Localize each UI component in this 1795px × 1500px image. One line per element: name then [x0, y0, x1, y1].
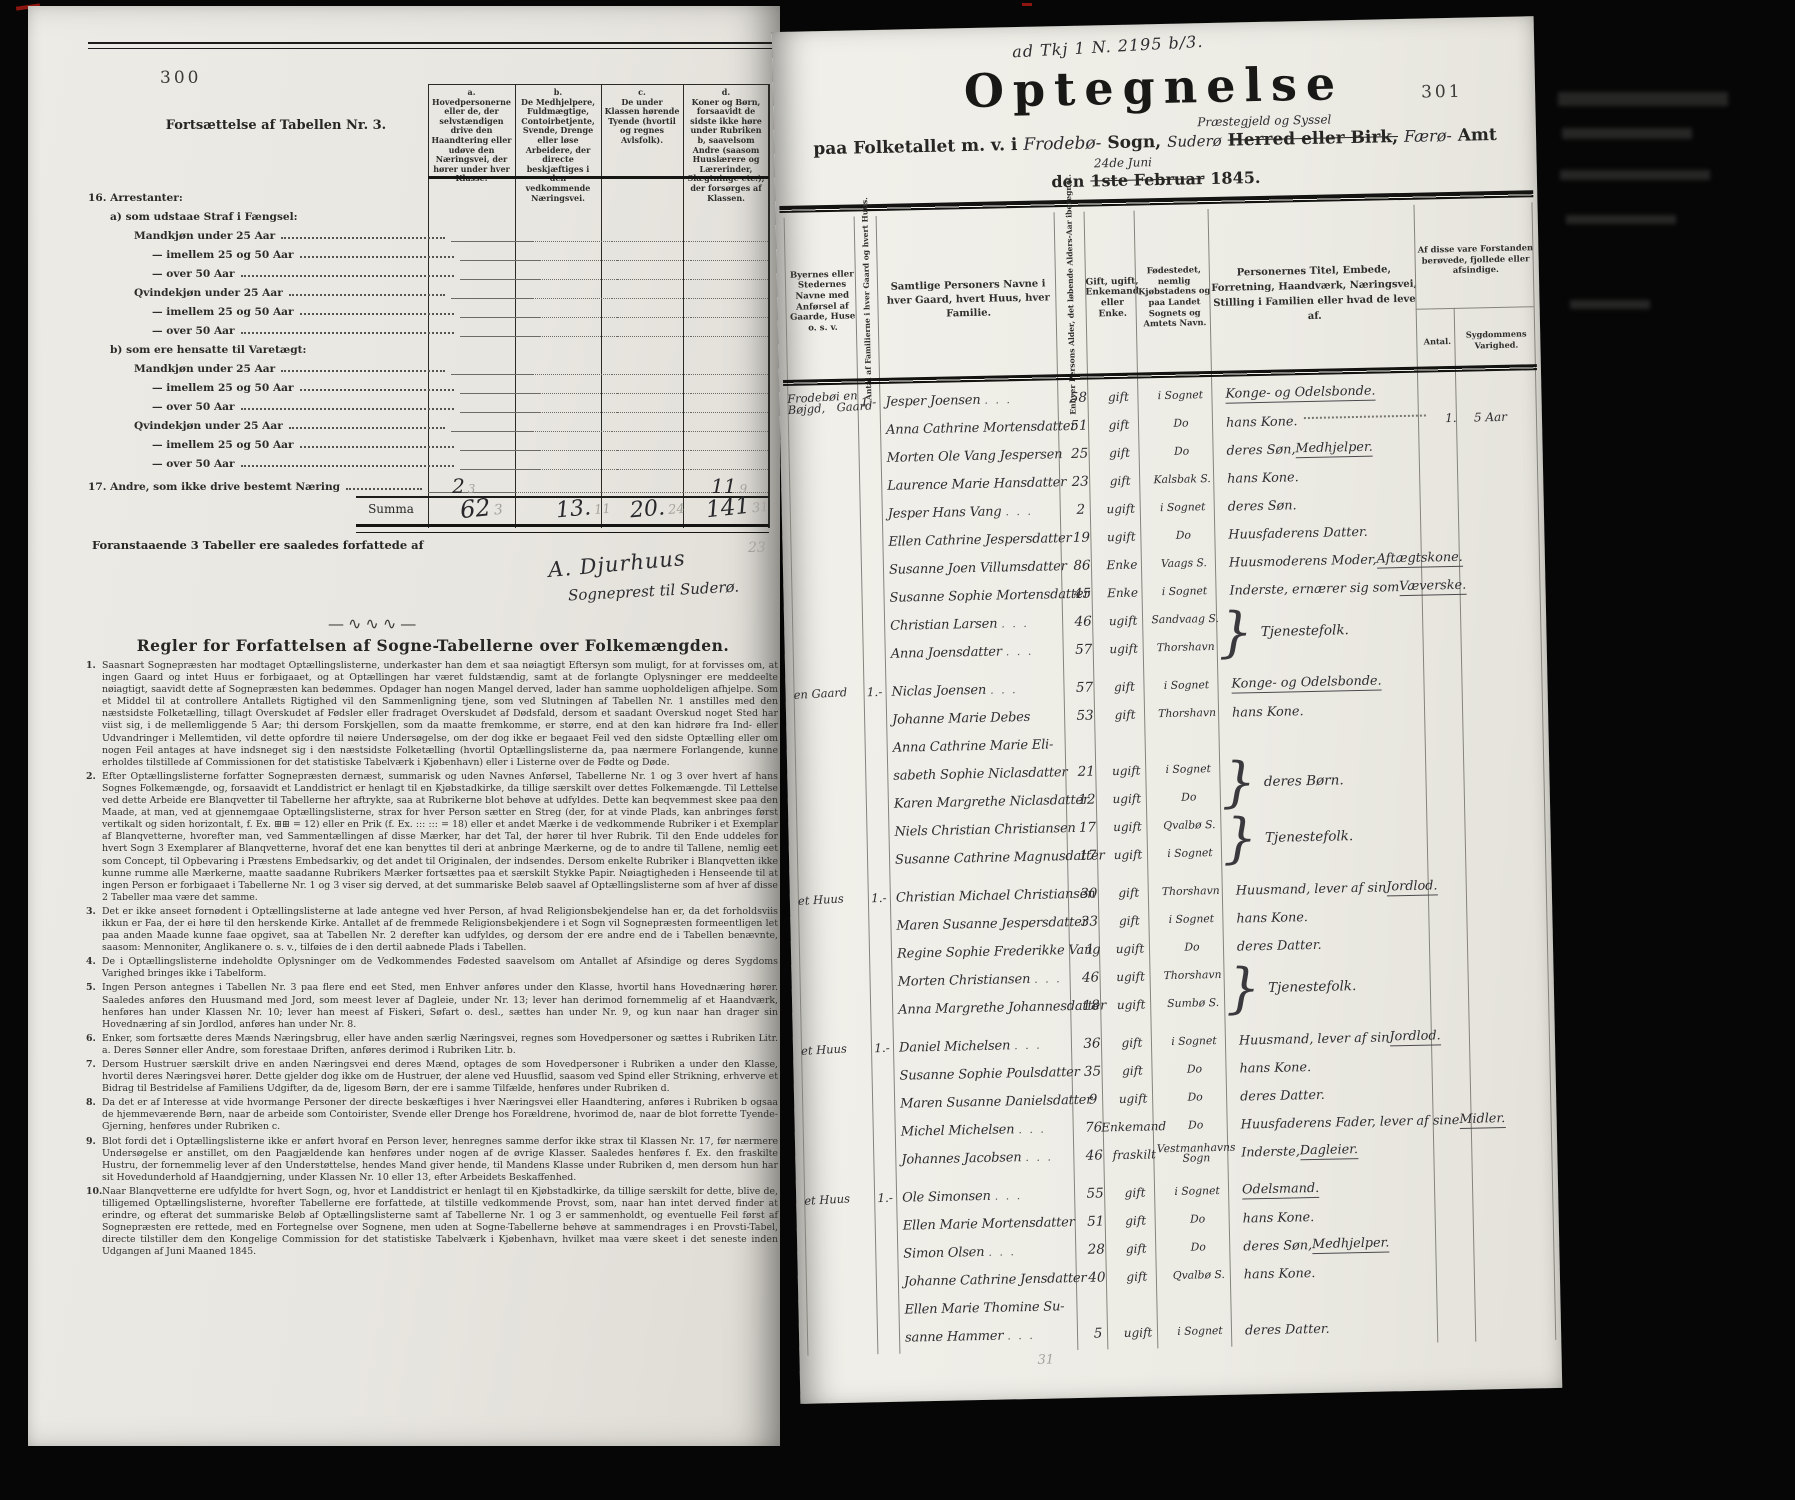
place-cell — [790, 555, 861, 587]
occupation-cell: deres Søn, Medhjelper. — [1235, 1228, 1450, 1260]
left-table-row: Mandkjøn under 25 Aar — [88, 223, 768, 242]
occupation-text-underlined: Jordlod. — [1386, 878, 1438, 896]
families-count-cell — [861, 584, 884, 612]
occupation-text: Inderste, — [1241, 1144, 1300, 1160]
insane-duration-cell — [1474, 598, 1559, 628]
families-count-cell — [858, 416, 881, 444]
rule-item: 9.Blot fordi det i Optællingslisterne ik… — [86, 1136, 778, 1184]
insane-duration-cell — [1471, 486, 1556, 516]
dot-leader — [241, 332, 454, 334]
insane-count-cell — [1451, 1311, 1490, 1340]
birthplace-cell: Do — [1144, 409, 1219, 439]
insane-count-cell — [1433, 488, 1472, 517]
dot-leader — [300, 446, 454, 448]
age-cell — [1082, 1291, 1113, 1320]
col-occupation-header: Personernes Titel, Embede, Forretning, H… — [1208, 233, 1420, 355]
birthplace-cell: Vaags S. — [1147, 549, 1222, 579]
occupation-cell: Konge- og Odelsbonde. — [1223, 666, 1438, 698]
district-name-handwritten: Suderø — [1167, 132, 1222, 151]
rule-text: Enker, som fortsætte deres Mænds Nærings… — [102, 1033, 778, 1056]
place-cell — [788, 443, 859, 475]
age-cell: 58 — [1063, 383, 1094, 412]
families-count-cell — [866, 790, 889, 818]
rule-number: 9. — [86, 1136, 96, 1148]
marital-status-cell: gift — [1111, 1234, 1162, 1263]
families-count-cell — [876, 1296, 899, 1324]
marital-status-cell: gift — [1100, 700, 1151, 729]
occupation-text-underlined: Odelsmand. — [1242, 1180, 1320, 1199]
marital-status-cell — [1100, 728, 1151, 757]
rule-item: 10.Naar Blanqvetterne ere udfyldte for h… — [86, 1186, 778, 1259]
occupation-cell — [1236, 1284, 1451, 1316]
marital-status-cell: gift — [1107, 1028, 1158, 1057]
occupation-text: hans Kone. — [1243, 1210, 1315, 1226]
families-count-cell — [867, 846, 890, 874]
dot-leader — [241, 465, 454, 467]
families-count-cell — [876, 1268, 899, 1296]
value-cell — [460, 242, 539, 261]
name-dot-leader: . . . — [995, 1189, 1023, 1203]
rule-text: Naar Blanqvetterne ere udfyldte for hver… — [102, 1186, 778, 1257]
occupation-text: deres Søn, — [1226, 442, 1295, 458]
age-cell: 18 — [1076, 991, 1107, 1020]
person-name: Susanne Sophie Poulsdatter — [893, 1058, 1078, 1090]
occupation-text: hans Kone. — [1226, 414, 1298, 430]
row-label: b) som ere hensatte til Varetægt: — [88, 337, 439, 356]
person-name: Morten Christiansen. . . — [891, 964, 1076, 996]
rule-text: Efter Optællingslisterne forfatter Sogne… — [102, 771, 778, 903]
place-cell — [795, 761, 866, 793]
place-cell: Frodebø Bøjgd,i en Gaard — [787, 387, 858, 419]
row-label-text: — imellem 25 og 50 Aar — [152, 382, 294, 394]
age-cell: 25 — [1064, 439, 1095, 468]
person-name: Christian Larsen. . . — [884, 608, 1069, 640]
insane-duration-cell — [1476, 692, 1561, 722]
rule-text: Saasnart Sognepræsten har modtaget Optæl… — [102, 660, 778, 768]
insane-count-cell — [1450, 1255, 1489, 1284]
value-cell — [612, 413, 688, 432]
families-count-cell: 1.- — [868, 884, 891, 912]
person-name: Maren Susanne Danielsdatter — [894, 1086, 1079, 1118]
ghost-text-streak — [1562, 128, 1692, 139]
col-insane-duration-header: Sygdommens Varighed. — [1454, 312, 1539, 368]
col-place-header: Byernes eller Stedernes Navne med Anførs… — [784, 226, 861, 377]
value-cell — [689, 413, 768, 432]
rule-number: 7. — [86, 1059, 96, 1071]
birthplace-cell — [1162, 1289, 1237, 1319]
occupation-text: deres Søn. — [1228, 498, 1297, 514]
name-dot-leader: . . . — [1006, 644, 1034, 658]
insane-duration-cell: 5 Aar — [1470, 402, 1555, 432]
insane-count-cell — [1435, 544, 1474, 573]
row-label-text: Mandkjøn under 25 Aar — [134, 363, 275, 375]
insane-count-cell — [1443, 955, 1482, 984]
row-label-text: Qvindekjøn under 25 Aar — [134, 287, 283, 299]
occupation-cell: deres Søn, Medhjelper. — [1218, 432, 1433, 464]
place-cell — [805, 1267, 876, 1299]
place-cell — [803, 1145, 874, 1177]
person-name: Christian Michael Christiansen — [890, 880, 1075, 912]
dot-leader — [300, 389, 454, 391]
value-cell — [460, 394, 539, 413]
row-label-text: — over 50 Aar — [152, 325, 235, 337]
rule-number: 5. — [86, 982, 96, 994]
person-name: Daniel Michelsen. . . — [893, 1030, 1078, 1062]
marital-status-cell: ugift — [1095, 494, 1146, 523]
age-cell: 1 — [1075, 935, 1106, 964]
age-cell: 2 — [1065, 495, 1096, 524]
insane-duration-cell — [1482, 982, 1567, 1012]
occupation-text-underlined: Konge- og Odelsbonde. — [1231, 673, 1381, 693]
occupation-cell: Huusmand, lever af sin Jordlod. — [1231, 1022, 1446, 1054]
value-cell — [606, 337, 685, 356]
insane-duration-cell — [1477, 776, 1562, 806]
ghost-text-streak — [1566, 215, 1676, 224]
insane-duration-cell — [1475, 664, 1560, 694]
occupation-text: Inderste, ernærer sig som — [1229, 580, 1399, 599]
families-count-cell — [872, 1090, 895, 1118]
insane-count-cell — [1435, 572, 1474, 601]
place-cell — [800, 995, 871, 1027]
occupation-text: Huusmoderens Moder, — [1229, 552, 1377, 570]
person-name: Regine Sophie Frederikke Vang — [891, 936, 1076, 968]
marital-status-cell: gift — [1110, 1206, 1161, 1235]
place-line: et Huus — [798, 893, 844, 907]
value-cell — [686, 204, 768, 223]
birthplace-cell: Thorshavn — [1148, 633, 1223, 663]
value-cell — [689, 280, 768, 299]
place-cell — [795, 789, 866, 821]
birthplace-cell — [1150, 727, 1225, 757]
occupation-text: deres Datter. — [1240, 1087, 1325, 1104]
age-cell: 46 — [1068, 607, 1099, 636]
col-insane-count-header: Antal. — [1416, 318, 1459, 365]
place-cell — [801, 1089, 872, 1121]
rules-heading: Regler for Forfattelsen af Sogne-Tabelle… — [88, 636, 778, 655]
age-cell: 30 — [1074, 879, 1105, 908]
rule-text: De i Optællingslisterne indeholdte Oplys… — [102, 956, 778, 979]
name-dot-leader: . . . — [988, 1245, 1016, 1259]
age-cell: 9 — [1078, 1085, 1109, 1114]
row-label: Mandkjøn under 25 Aar — [88, 356, 451, 375]
person-name: Ellen Cathrine Jespersdatter — [882, 524, 1067, 556]
value-cell — [689, 356, 768, 375]
occupation-cell: Konge- og Odelsbonde. — [1217, 376, 1432, 408]
insane-count-cell — [1432, 432, 1471, 461]
person-name: Anna Margrethe Johannesdatter — [892, 992, 1077, 1024]
insane-count-cell: 1. — [1432, 404, 1471, 433]
occupation-text-underlined: Konge- og Odelsbonde. — [1225, 383, 1375, 403]
birthplace-cell: i Sognet — [1157, 1027, 1232, 1057]
age-cell: 17 — [1073, 841, 1104, 870]
person-name: sabeth Sophie Niclasdatter — [887, 758, 1072, 790]
rule-item: 6.Enker, som fortsætte deres Mænds Nærin… — [86, 1033, 778, 1057]
place-cell — [791, 583, 862, 615]
place-cell — [802, 1117, 873, 1149]
person-name: Niclas Joensen. . . — [885, 674, 1070, 706]
value-cell — [691, 375, 768, 394]
occupation-cell: Odelsmand. — [1234, 1172, 1449, 1204]
families-count-cell — [870, 996, 893, 1024]
insane-duration-cell — [1470, 430, 1555, 460]
families-count-cell — [873, 1146, 896, 1174]
attestation-line: Foranstaaende 3 Tabeller ere saaledes fo… — [92, 538, 424, 552]
insane-duration-cell — [1473, 542, 1558, 572]
insane-duration-cell — [1472, 514, 1557, 544]
col-age-header: Enhver Persons Alder, det løbende Alders… — [1054, 214, 1087, 375]
handwritten-date-above: 24de Juni — [1094, 155, 1152, 170]
rule-item: 4.De i Optællingslisterne indeholdte Opl… — [86, 956, 778, 980]
name-dot-leader: . . . — [1005, 504, 1033, 518]
age-cell — [1070, 729, 1101, 758]
insane-count-cell — [1440, 806, 1479, 835]
value-cell — [539, 451, 617, 470]
left-table-row: Qvindekjøn under 25 Aar — [88, 413, 768, 432]
value-cell — [532, 356, 612, 375]
marital-status-cell: ugift — [1105, 962, 1156, 991]
row-label-text: b) som ere hensatte til Varetægt: — [110, 344, 306, 356]
insane-duration-cell — [1487, 1226, 1572, 1256]
insane-count-cell — [1444, 983, 1483, 1012]
value-cell — [617, 451, 691, 470]
value-cell — [601, 185, 683, 204]
insane-count-cell — [1434, 516, 1473, 545]
occupation-text: hans Kone. — [1244, 1266, 1316, 1282]
person-name: Johanne Marie Debes — [886, 702, 1071, 734]
value-cell — [539, 375, 617, 394]
value-cell — [439, 204, 523, 223]
families-count-cell — [866, 818, 889, 846]
marital-status-cell: ugift — [1108, 1084, 1159, 1113]
value-cell — [539, 318, 617, 337]
marital-status-cell: Enke — [1097, 550, 1148, 579]
occupation-cell: hans Kone. — [1236, 1256, 1451, 1288]
dot-leader — [281, 370, 445, 372]
birthplace-cell: Do — [1152, 783, 1227, 813]
marital-status-cell: Enke — [1097, 578, 1148, 607]
insane-count-cell — [1441, 871, 1480, 900]
row-label: a) som udstaae Straf i Fængsel: — [88, 204, 439, 223]
occupation-cell: hans Kone. — [1219, 460, 1434, 492]
rule-number: 6. — [86, 1033, 96, 1045]
marital-status-cell: gift — [1094, 438, 1145, 467]
dot-leader — [241, 275, 454, 277]
person-name: Susanne Sophie Mortensdatter — [883, 580, 1068, 612]
marital-status-cell — [1112, 1290, 1163, 1319]
person-name: Niels Christian Christiansen — [888, 814, 1073, 846]
age-cell: 53 — [1070, 701, 1101, 730]
handwritten-correction-above: Præstegjeld og Syssel — [1197, 112, 1331, 129]
families-count-cell — [861, 556, 884, 584]
row-label: — imellem 25 og 50 Aar — [88, 242, 460, 261]
person-name: Susanne Cathrine Magnusdatter — [889, 842, 1074, 874]
marital-status-cell: gift — [1110, 1178, 1161, 1207]
name-dot-leader: . . . — [1025, 1150, 1053, 1164]
place-cell — [792, 639, 863, 671]
rule-text: Ingen Person antegnes i Tabellen Nr. 3 p… — [102, 982, 778, 1029]
place-cell — [794, 733, 865, 765]
person-name: Susanne Joen Villumsdatter — [883, 552, 1068, 584]
row-label: Qvindekjøn under 25 Aar — [88, 413, 451, 432]
name-dot-leader: . . . — [1018, 1122, 1046, 1136]
marital-status-cell: ugift — [1101, 756, 1152, 785]
families-count-cell — [862, 612, 885, 640]
place-cell — [798, 911, 869, 943]
rule-number: 1. — [86, 660, 96, 672]
row-label-text: — over 50 Aar — [152, 401, 235, 413]
occupation-dot-leader — [1303, 415, 1425, 420]
value-cell — [686, 337, 768, 356]
occupation-text: hans Kone. — [1227, 470, 1299, 486]
birthplace-cell: i Sognet — [1143, 381, 1218, 411]
row-label: — over 50 Aar — [88, 261, 460, 280]
struck-herred-eller-birk: Herred eller Birk, — [1228, 127, 1399, 151]
insane-count-cell — [1438, 694, 1477, 723]
value-cell — [617, 394, 691, 413]
row-label: — imellem 25 og 50 Aar — [88, 375, 460, 394]
value-cell — [539, 432, 617, 451]
birthplace-cell: i Sognet — [1151, 755, 1226, 785]
birthplace-cell: Qvalbø S. — [1162, 1261, 1237, 1291]
birthplace-cell: Thorshavn — [1154, 877, 1229, 907]
col-birthplace-header: Fødestedet, nemlig Kjøbstadens og paa La… — [1134, 231, 1215, 363]
person-name: Johanne Cathrine Jensdatter — [898, 1264, 1083, 1296]
occupation-text: deres Datter. — [1237, 937, 1322, 954]
occupation-cell: hans Kone. — [1218, 404, 1433, 436]
age-cell: 57 — [1069, 673, 1100, 702]
insane-count-cell — [1448, 1199, 1487, 1228]
row-label: Mandkjøn under 25 Aar — [88, 223, 451, 242]
person-name: Ellen Marie Thomine Su- — [898, 1292, 1083, 1324]
value-cell — [606, 204, 685, 223]
value-cell — [515, 474, 601, 493]
name-dot-leader: . . . — [1001, 616, 1029, 630]
left-table-row: — over 50 Aar — [88, 261, 768, 280]
left-table-row: Mandkjøn under 25 Aar — [88, 356, 768, 375]
insane-duration-cell — [1487, 1254, 1572, 1284]
marital-status-cell: ugift — [1102, 812, 1153, 841]
insane-count-cell — [1431, 376, 1470, 405]
birthplace-cell: Sandvaag S. — [1148, 605, 1223, 635]
place-cell — [801, 1061, 872, 1093]
name-dot-leader: . . . — [1014, 1038, 1042, 1052]
occupation-cell: deres Datter. — [1232, 1078, 1447, 1110]
place-cell: et Huus — [800, 1033, 871, 1065]
families-count-cell — [875, 1240, 898, 1268]
row-label-text: — imellem 25 og 50 Aar — [152, 439, 294, 451]
row-label: — imellem 25 og 50 Aar — [88, 432, 460, 451]
person-name: Simon Olsen. . . — [897, 1236, 1082, 1268]
row-label: 16. Arrestanter: — [88, 185, 428, 204]
place-cell — [790, 527, 861, 559]
dot-leader — [289, 294, 445, 296]
birthplace-cell: Kalsbak S. — [1145, 465, 1220, 495]
families-count-cell — [864, 706, 887, 734]
occupation-text: Huusmand, lever af sin — [1236, 880, 1387, 898]
occupation-cell: hans Kone. — [1234, 1200, 1449, 1232]
occupation-text-underlined: Medhjelper. — [1295, 439, 1373, 458]
value-cell — [612, 223, 688, 242]
place-cell — [806, 1323, 877, 1355]
insane-count-cell — [1446, 1077, 1485, 1106]
row-label-text: — over 50 Aar — [152, 268, 235, 280]
person-name: Johannes Jacobsen. . . — [895, 1142, 1080, 1174]
insane-duration-cell — [1471, 458, 1556, 488]
birthplace-cell: i Sognet — [1160, 1177, 1235, 1207]
occupation-cell — [1230, 984, 1445, 1016]
insane-count-cell — [1450, 1283, 1489, 1312]
row-label: — imellem 25 og 50 Aar — [88, 299, 460, 318]
ghost-text-streak — [1570, 300, 1650, 309]
marital-status-cell: gift — [1104, 878, 1155, 907]
marital-status-cell: ugift — [1102, 784, 1153, 813]
birthplace-cell: Do — [1158, 1111, 1233, 1141]
age-cell: 36 — [1077, 1029, 1108, 1058]
marital-status-cell: gift — [1112, 1262, 1163, 1291]
archive-annotation: ad Tkj 1 N. 2195 b/3. — [1012, 32, 1204, 62]
families-count-cell — [869, 968, 892, 996]
place-cell — [789, 499, 860, 531]
value-cell — [451, 280, 532, 299]
person-name: Morten Ole Vang Jespersen — [880, 440, 1065, 472]
person-name: Maren Susanne Jespersdatter — [890, 908, 1075, 940]
occupation-cell: Huusfaderens Datter. — [1220, 516, 1435, 548]
place-cell: et Huus — [797, 883, 868, 915]
families-count-cell — [862, 640, 885, 668]
col-insane-header: Af disse vare Forstanden berøvede, fjoll… — [1414, 210, 1538, 309]
value-cell — [428, 185, 515, 204]
person-name: Laurence Marie Hansdatter — [881, 468, 1066, 500]
person-name: Jesper Hans Vang. . . — [882, 496, 1067, 528]
value-cell — [460, 318, 539, 337]
place-line: et Huus — [804, 1193, 850, 1207]
value-cell — [689, 223, 768, 242]
occupation-cell: deres Søn. — [1219, 488, 1434, 520]
pencil-note-23: 23 — [748, 540, 766, 556]
place-line: et Huus — [801, 1043, 847, 1057]
census-entries: Frodebø Bøjgd,i en Gaard1.-Jesper Joense… — [787, 374, 1556, 1389]
left-table-row: — imellem 25 og 50 Aar — [88, 299, 768, 318]
value-cell — [532, 280, 612, 299]
birthplace-cell: Thorshavn — [1150, 699, 1225, 729]
marital-status-cell: ugift — [1113, 1318, 1164, 1347]
subtitle-printed: Amt — [1458, 125, 1497, 146]
place-cell — [793, 705, 864, 737]
occupation-cell: Huusmoderens Moder, Aftægtskone. — [1221, 544, 1436, 576]
left-table-row: a) som udstaae Straf i Fængsel: — [88, 204, 768, 223]
insane-duration-cell — [1478, 804, 1563, 834]
birthplace-cell: Do — [1144, 437, 1219, 467]
insane-count-cell — [1437, 666, 1476, 695]
place-line: Frodebø Bøjgd, — [787, 391, 837, 416]
value-cell — [539, 394, 617, 413]
place-cell — [798, 939, 869, 971]
row-label-text: Mandkjøn under 25 Aar — [134, 230, 275, 242]
value-cell — [617, 375, 691, 394]
person-name: sanne Hammer. . . — [899, 1320, 1084, 1352]
row-label-text: Qvindekjøn under 25 Aar — [134, 420, 283, 432]
insane-count-cell — [1439, 750, 1478, 779]
rule-item: 8.Da det er af Interesse at vide hvorman… — [86, 1097, 778, 1133]
person-name: Anna Cathrine Marie Eli- — [886, 730, 1071, 762]
occupation-text: Huusfaderens Fader, lever af sine — [1241, 1112, 1460, 1132]
marital-status-cell: gift — [1093, 382, 1144, 411]
age-cell: 5 — [1083, 1319, 1114, 1348]
insane-duration-cell — [1488, 1282, 1573, 1312]
insane-count-cell — [1449, 1227, 1488, 1256]
dot-leader — [281, 237, 445, 239]
birthplace-cell: Do — [1146, 521, 1221, 551]
